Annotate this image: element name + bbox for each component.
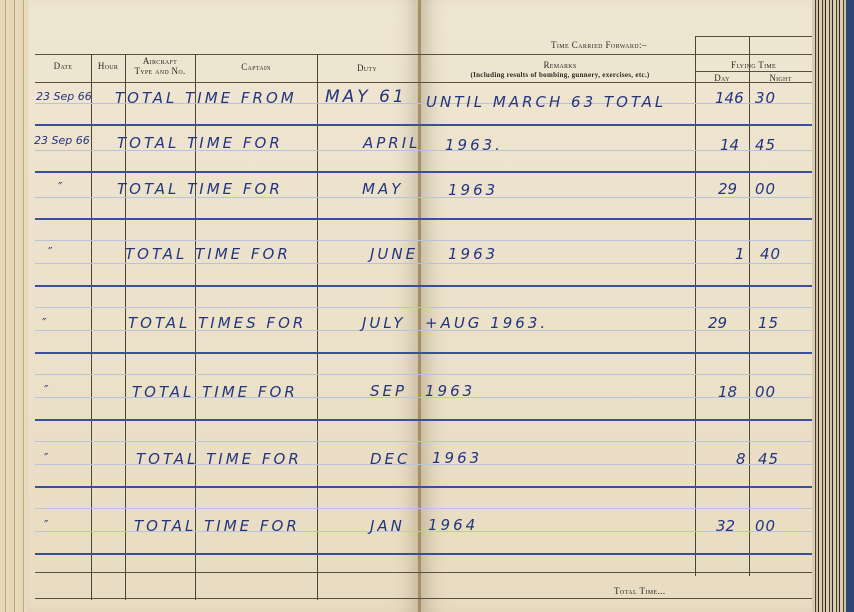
- faint-rule: [35, 307, 812, 308]
- day-night-divider: [749, 36, 750, 576]
- row-day-hours: 18: [718, 383, 737, 401]
- total-row-top-line: [35, 572, 812, 573]
- row-duty: JULY: [362, 314, 406, 332]
- row-rule: [35, 218, 812, 220]
- row-day-hours: 1: [735, 245, 745, 263]
- right-page: [420, 0, 812, 612]
- row-entry-text: TOTAL TIME FOR: [117, 180, 283, 198]
- row-rule: [35, 171, 812, 173]
- row-remarks: 1963: [425, 382, 475, 400]
- col-aircraft: Aircraft Type and No.: [125, 56, 195, 76]
- row-entry-text: TOTAL TIME FOR: [134, 517, 300, 535]
- row-day-hours: 32: [716, 517, 735, 535]
- col-hour: Hour: [91, 61, 125, 71]
- row-date-ditto: ″: [42, 316, 46, 330]
- col-remarks-title: Remarks: [425, 60, 695, 70]
- col-captain: Captain: [195, 62, 317, 72]
- row-remarks: +AUG 1963.: [425, 314, 548, 332]
- row-remarks: 1963.: [445, 136, 503, 154]
- carried-forward-box-top: [695, 36, 812, 37]
- book-gutter: [418, 0, 421, 612]
- row-day-minutes: 45: [755, 136, 776, 154]
- row-rule: [35, 285, 812, 287]
- row-rule: [35, 419, 812, 421]
- row-entry-text: TOTAL TIME FOR: [125, 245, 291, 263]
- row-rule: [35, 352, 812, 354]
- row-day-hours: 146: [715, 89, 744, 107]
- row-day-minutes: 40: [760, 245, 781, 263]
- row-day-minutes: 00: [755, 180, 776, 198]
- row-date: 23 Sep 66: [36, 90, 92, 103]
- total-time-label: Total Time...: [614, 586, 666, 596]
- faint-rule: [35, 508, 812, 509]
- row-date-ditto: ″: [48, 245, 52, 259]
- row-duty: DEC: [370, 450, 411, 468]
- row-remarks: 1964: [428, 516, 478, 534]
- col-date: Date: [35, 61, 91, 71]
- row-day-minutes: 30: [755, 89, 776, 107]
- row-day-minutes: 00: [755, 517, 776, 535]
- row-entry-text: TOTAL TIME FOR: [136, 450, 302, 468]
- row-entry-text: TOTAL TIME FOR: [132, 383, 298, 401]
- row-entry-text: TOTAL TIMES FOR: [128, 314, 306, 332]
- row-duty: MAY 61: [325, 87, 407, 107]
- faint-rule: [35, 374, 812, 375]
- total-row-bottom-line: [35, 598, 812, 599]
- row-day-hours: 8: [736, 450, 746, 468]
- captain-duty-divider: [317, 54, 318, 600]
- row-rule: [35, 486, 812, 488]
- row-rule: [35, 553, 812, 555]
- flying-time-subheader-line: [695, 71, 812, 72]
- row-day-minutes: 00: [755, 383, 776, 401]
- row-duty: MAY: [362, 180, 403, 198]
- faint-rule: [35, 263, 812, 264]
- row-remarks: 1963: [432, 449, 482, 467]
- row-day-hours: 14: [720, 136, 739, 154]
- row-duty: JAN: [370, 517, 405, 535]
- col-duty: Duty: [317, 63, 417, 73]
- row-duty: SEP: [370, 382, 407, 400]
- row-date: 23 Sep 66: [34, 134, 90, 147]
- row-remarks: 1963: [448, 181, 498, 199]
- col-aircraft-line2: Type and No.: [125, 66, 195, 76]
- col-night: Night: [749, 73, 812, 83]
- row-day-minutes: 15: [758, 314, 779, 332]
- row-remarks: 1963: [448, 245, 498, 263]
- col-day: Day: [695, 73, 749, 83]
- col-remarks-subtitle: (Including results of bombing, gunnery, …: [425, 70, 695, 80]
- row-date-ditto: ″: [44, 383, 48, 397]
- row-entry-text: TOTAL TIME FROM: [115, 89, 297, 107]
- col-remarks: Remarks (Including results of bombing, g…: [425, 60, 695, 80]
- book-cover-edge: [846, 0, 854, 612]
- row-date-ditto: ″: [44, 451, 48, 465]
- row-duty: JUNE: [370, 245, 418, 263]
- left-page-edges: [0, 0, 30, 612]
- row-day-minutes: 45: [758, 450, 779, 468]
- row-remarks: UNTIL MARCH 63 TOTAL: [426, 93, 666, 111]
- open-logbook: Time Carried Forward:– Date Hour Aircraf…: [0, 0, 854, 612]
- row-entry-text: TOTAL TIME FOR: [117, 134, 283, 152]
- row-duty: APRIL: [363, 134, 421, 152]
- faint-rule: [35, 240, 812, 241]
- header-top-line: [35, 54, 812, 55]
- row-date-ditto: ″: [58, 180, 62, 194]
- date-hour-divider: [91, 54, 92, 600]
- col-aircraft-line1: Aircraft: [125, 56, 195, 66]
- row-rule: [35, 124, 812, 126]
- col-flying-time: Flying Time: [695, 60, 812, 70]
- time-carried-forward-label: Time Carried Forward:–: [551, 40, 647, 50]
- row-day-hours: 29: [708, 314, 727, 332]
- row-date-ditto: ″: [44, 518, 48, 532]
- faint-rule: [35, 441, 812, 442]
- day-column-left-line: [695, 36, 696, 576]
- row-day-hours: 29: [718, 180, 737, 198]
